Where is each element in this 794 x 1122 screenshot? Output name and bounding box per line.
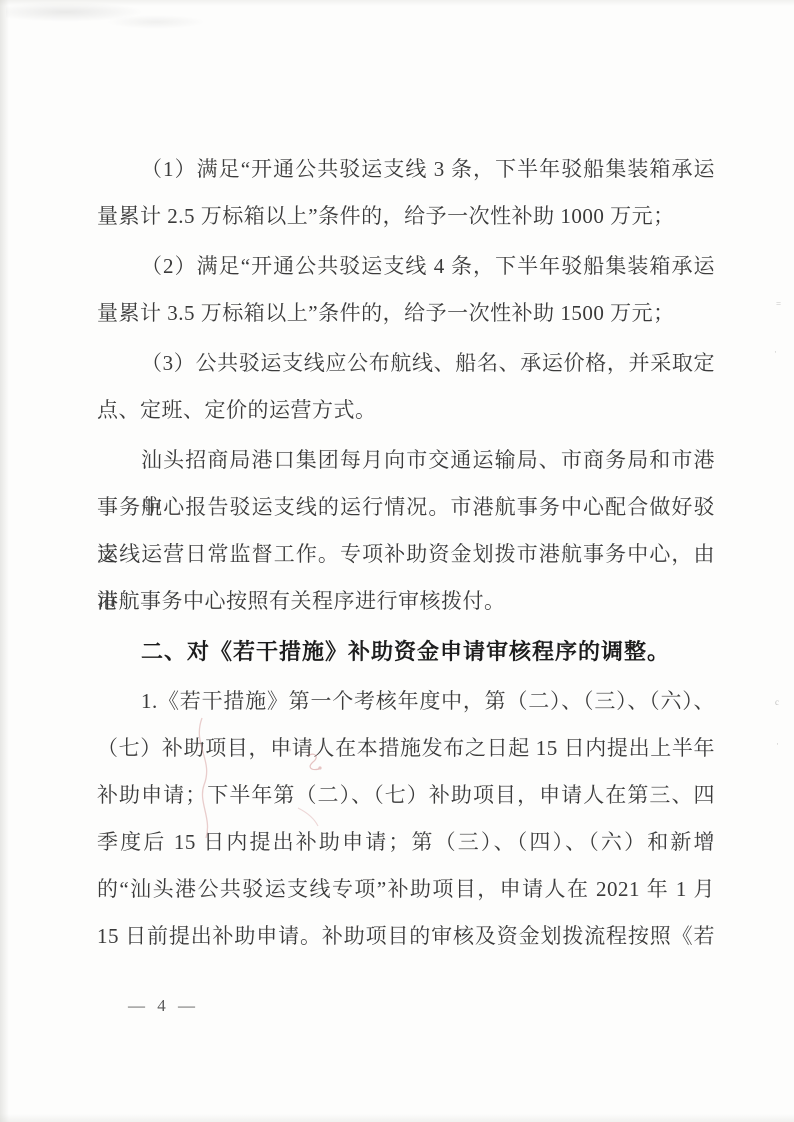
document-page: （1）满足“开通公共驳运支线 3 条，下半年驳船集装箱承运 量累计 2.5 万标… <box>0 0 794 1122</box>
text-line: 补助申请；下半年第（二）、（七）补助项目，申请人在第三、四 <box>97 772 715 819</box>
text-line: （1）满足“开通公共驳运支线 3 条，下半年驳船集装箱承运 <box>97 146 715 193</box>
text-line: （七）补助项目，申请人在本措施发布之日起 15 日内提出上半年 <box>97 725 715 772</box>
scan-speck-artifact: · <box>774 348 777 357</box>
scan-speck-artifact: · <box>776 740 779 749</box>
scan-speck-artifact: = <box>776 300 781 309</box>
text-line: 支线运营日常监督工作。专项补助资金划拨市港航事务中心，由市 <box>97 531 715 578</box>
scan-smudge-artifact <box>6 0 236 40</box>
page-edge-shadow-left <box>0 0 9 1122</box>
text-line: 汕头招商局港口集团每月向市交通运输局、市商务局和市港航 <box>97 437 715 484</box>
text-line: 的“汕头港公共驳运支线专项”补助项目，申请人在 2021 年 1 月 <box>97 866 715 913</box>
text-line: 15 日前提出补助申请。补助项目的审核及资金划拨流程按照《若 <box>97 913 715 960</box>
text-line: 量累计 3.5 万标箱以上”条件的，给予一次性补助 1500 万元； <box>97 290 715 337</box>
text-line: 港航事务中心按照有关程序进行审核拨付。 <box>97 578 715 625</box>
text-line: （3）公共驳运支线应公布航线、船名、承运价格，并采取定 <box>97 340 715 387</box>
text-line: 点、定班、定价的运营方式。 <box>97 387 715 434</box>
text-line: （2）满足“开通公共驳运支线 4 条，下半年驳船集装箱承运 <box>97 243 715 290</box>
text-line: 季度后 15 日内提出补助申请；第（三）、（四）、（六）和新增 <box>97 819 715 866</box>
document-body: （1）满足“开通公共驳运支线 3 条，下半年驳船集装箱承运 量累计 2.5 万标… <box>97 146 715 960</box>
text-line: 1.《若干措施》第一个考核年度中，第（二）、（三）、（六）、 <box>97 678 715 725</box>
page-number: — 4 — <box>128 996 199 1016</box>
page-edge-shadow-top <box>0 0 794 6</box>
page-edge-shadow-bottom <box>0 1114 794 1122</box>
text-line: 事务中心报告驳运支线的运行情况。市港航事务中心配合做好驳运 <box>97 484 715 531</box>
scan-speck-artifact: c <box>775 698 779 707</box>
section-heading: 二、对《若干措施》补助资金申请审核程序的调整。 <box>97 628 715 675</box>
text-line: 量累计 2.5 万标箱以上”条件的，给予一次性补助 1000 万元； <box>97 193 715 240</box>
